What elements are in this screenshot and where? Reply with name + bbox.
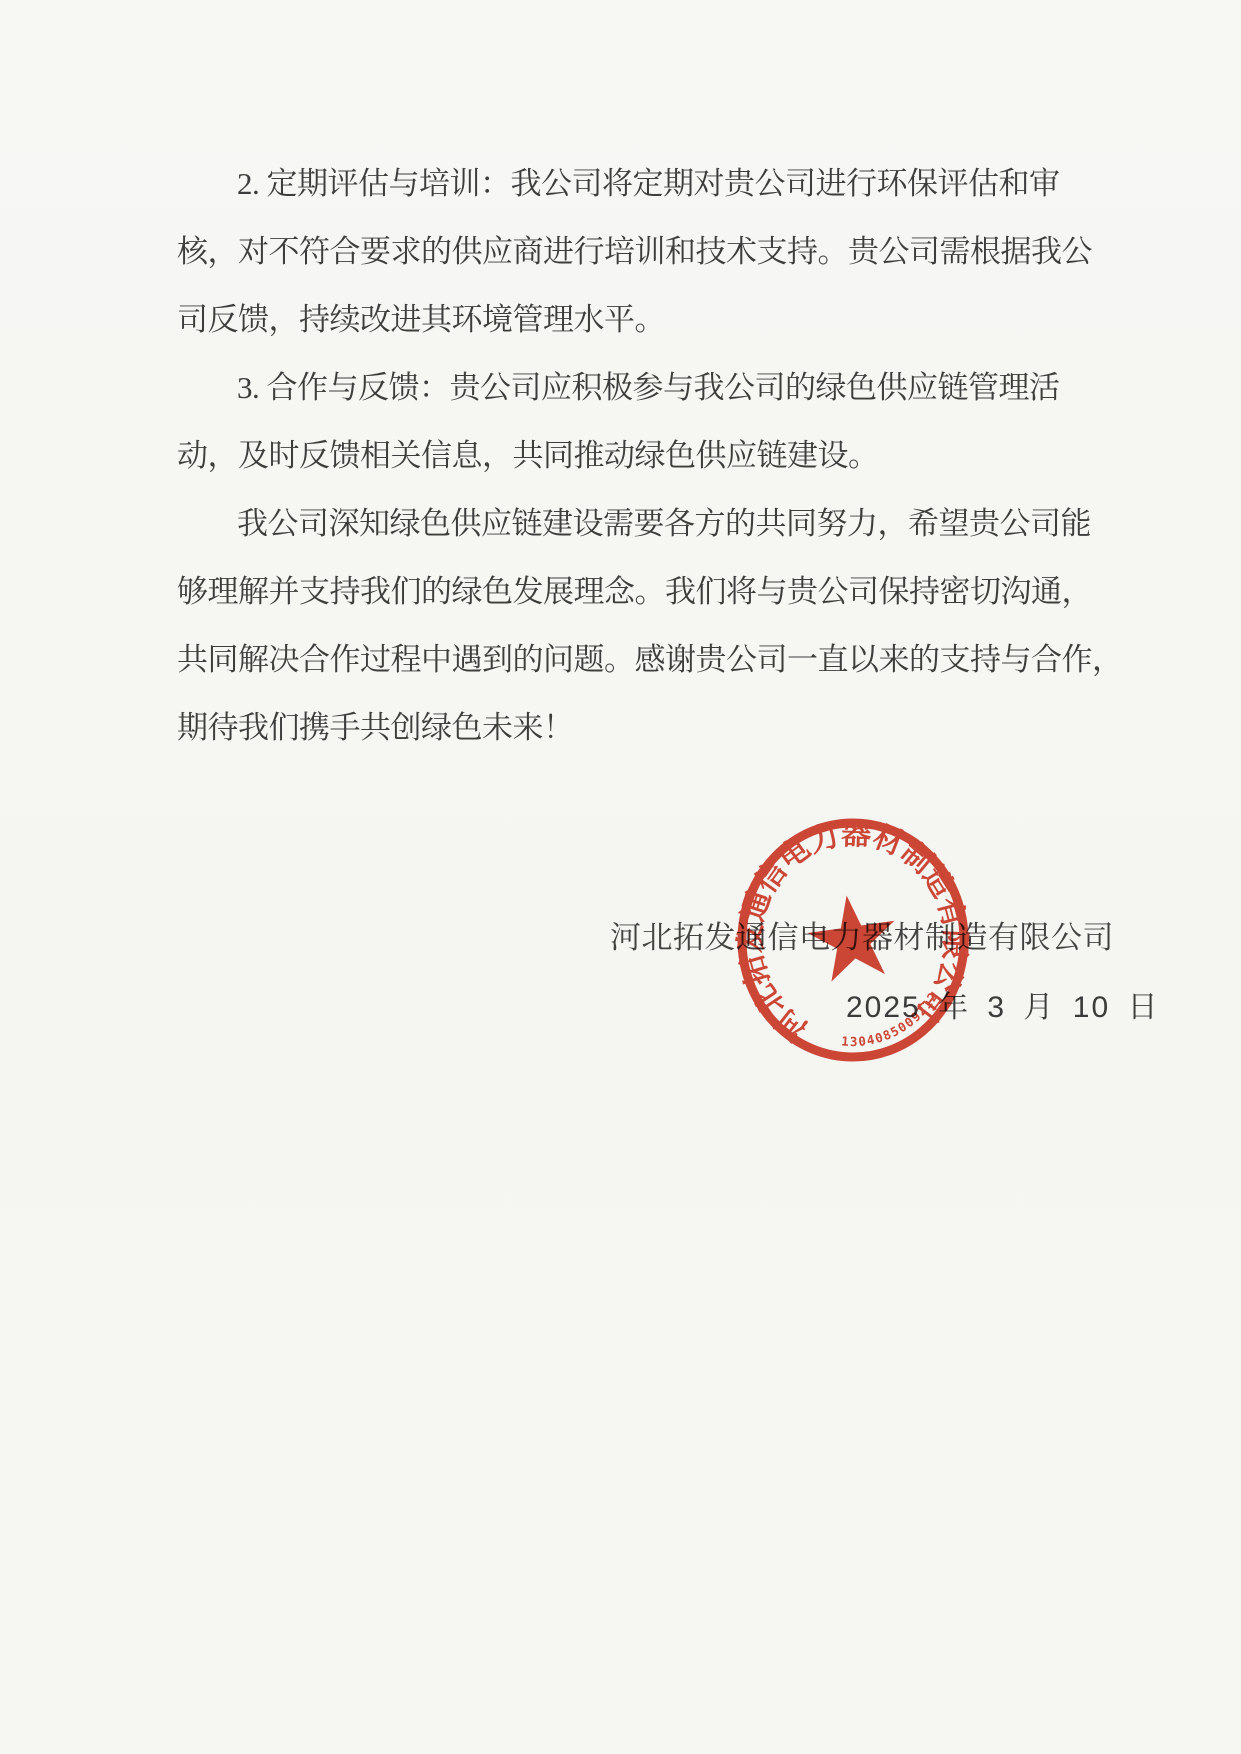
company-seal-stamp-icon: 河北拓发通信电力器材制造有限公司 1304085009212	[733, 816, 973, 1064]
letter-body: 2. 定期评估与培训：我公司将定期对贵公司进行环保评估和审 核，对不符合要求的供…	[177, 150, 1112, 762]
body-line: 我公司深知绿色供应链建设需要各方的共同努力，希望贵公司能	[177, 490, 1112, 558]
body-line: 2. 定期评估与培训：我公司将定期对贵公司进行环保评估和审	[177, 150, 1112, 218]
body-line: 期待我们携手共创绿色未来！	[177, 694, 1112, 762]
star-icon	[803, 889, 901, 984]
body-line: 3. 合作与反馈：贵公司应积极参与我公司的绿色供应链管理活	[177, 354, 1112, 422]
body-line: 共同解决合作过程中遇到的问题。感谢贵公司一直以来的支持与合作，	[177, 626, 1112, 694]
body-line: 司反馈，持续改进其环境管理水平。	[177, 286, 1112, 354]
body-line: 够理解并支持我们的绿色发展理念。我们将与贵公司保持密切沟通，	[177, 558, 1112, 626]
body-line: 动，及时反馈相关信息，共同推动绿色供应链建设。	[177, 422, 1112, 490]
scanned-letter-page: 2. 定期评估与培训：我公司将定期对贵公司进行环保评估和审 核，对不符合要求的供…	[0, 0, 1241, 1754]
body-line: 核，对不符合要求的供应商进行培训和技术支持。贵公司需根据我公	[177, 218, 1112, 286]
